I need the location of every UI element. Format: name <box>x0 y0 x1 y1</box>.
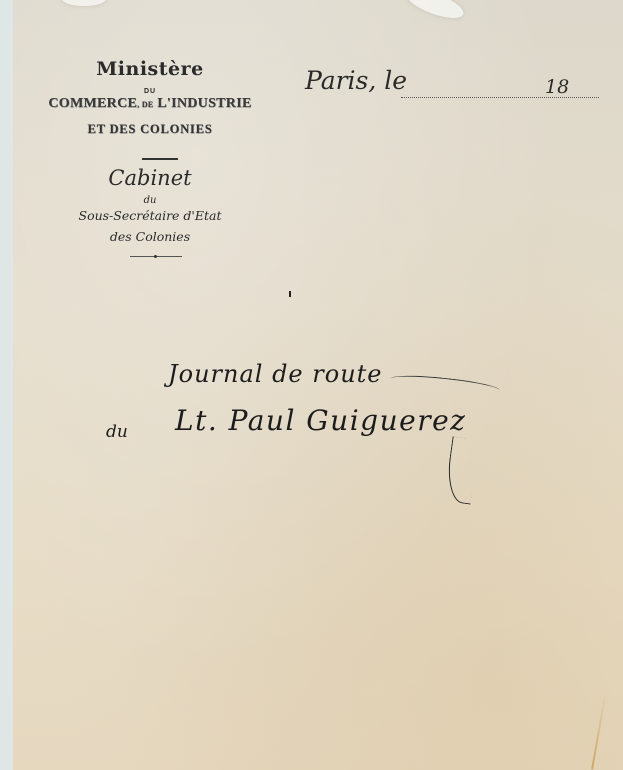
commerce-industrie-heading: COMMERCE, DE L'INDUSTRIE <box>20 96 280 112</box>
du-label-2: du <box>20 195 280 206</box>
divider <box>142 158 178 160</box>
cabinet-heading: Cabinet <box>20 166 280 190</box>
sous-secretaire-text: Sous-Secrétaire d'Etat <box>20 208 280 223</box>
de-text: DE <box>142 100 154 109</box>
industrie-text: L'INDUSTRIE <box>157 96 251 111</box>
du-label: DU <box>20 88 280 95</box>
handwritten-name: Lt. Paul Guiguerez <box>175 404 466 437</box>
commerce-text: COMMERCE <box>48 96 137 111</box>
handwritten-title: Journal de route <box>168 360 383 388</box>
date-year-prefix: 18 <box>545 76 569 98</box>
dateline: Paris, le 18 <box>305 66 605 106</box>
ministere-heading: Ministère <box>20 58 280 80</box>
divider-dot <box>154 255 157 258</box>
date-fill-line <box>401 97 599 98</box>
ornamental-divider <box>130 256 182 257</box>
colonies-heading: ET DES COLONIES <box>20 122 280 137</box>
date-place: Paris, le <box>305 66 407 95</box>
ink-mark <box>289 291 291 297</box>
des-colonies-text: des Colonies <box>20 229 280 244</box>
handwritten-du: du <box>106 422 128 442</box>
